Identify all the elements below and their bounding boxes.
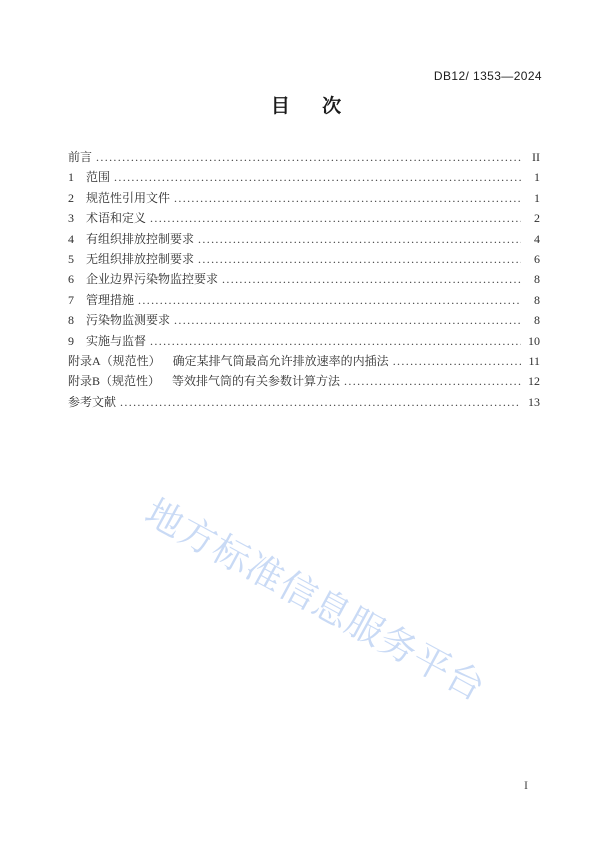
toc-entry-title: 确定某排气筒最高允许排放速率的内插法	[173, 351, 389, 371]
toc-entry-number: 2	[68, 188, 74, 208]
toc-entry-dots: ........................................…	[114, 167, 521, 187]
toc-entry-page: 6	[526, 249, 540, 269]
toc-entry-number: 附录B（规范性）	[68, 371, 160, 391]
toc-entry-title: 参考文献	[68, 392, 116, 412]
toc-entry-number: 6	[68, 269, 74, 289]
toc-entry-dots: ........................................…	[344, 371, 521, 391]
toc-entry-number: 8	[68, 310, 74, 330]
toc-entry-number: 附录A（规范性）	[68, 351, 161, 371]
toc-entry-title: 范围	[86, 167, 110, 187]
toc-row: 附录A（规范性） 确定某排气筒最高允许排放速率的内插法 ............…	[68, 351, 540, 371]
toc-entry-page: II	[526, 147, 540, 167]
toc-entry-dots: ........................................…	[96, 147, 521, 167]
watermark-text: 地方标准信息服务平台	[137, 483, 497, 712]
toc-entry-title: 无组织排放控制要求	[86, 249, 194, 269]
toc-row: 参考文献 ...................................…	[68, 392, 540, 412]
toc-entry-title: 管理措施	[86, 290, 134, 310]
toc-row: 6 企业边界污染物监控要求 ..........................…	[68, 269, 540, 289]
toc-entry-dots: ........................................…	[174, 310, 521, 330]
toc-entry-dots: ........................................…	[222, 269, 521, 289]
toc-entry-page: 8	[526, 310, 540, 330]
toc-entry-number: 4	[68, 229, 74, 249]
toc-entry-number: 9	[68, 331, 74, 351]
toc-entry-title: 企业边界污染物监控要求	[86, 269, 218, 289]
toc-entry-page: 2	[526, 208, 540, 228]
toc-row: 1 范围 ...................................…	[68, 167, 540, 187]
toc-entry-page: 8	[526, 269, 540, 289]
toc-entry-dots: ........................................…	[174, 188, 521, 208]
toc-entry-number: 5	[68, 249, 74, 269]
toc-entry-page: 13	[526, 392, 540, 412]
toc-entry-number: 3	[68, 208, 74, 228]
toc-row: 2 规范性引用文件 ..............................…	[68, 188, 540, 208]
toc-list: 前言 .....................................…	[68, 147, 540, 412]
toc-entry-dots: ........................................…	[198, 249, 521, 269]
toc-entry-dots: ........................................…	[150, 331, 521, 351]
toc-entry-title: 术语和定义	[86, 208, 146, 228]
toc-row: 4 有组织排放控制要求 ............................…	[68, 229, 540, 249]
toc-row: 附录B（规范性） 等效排气筒的有关参数计算方法 ................…	[68, 371, 540, 391]
toc-row: 前言 .....................................…	[68, 147, 540, 167]
toc-entry-page: 4	[526, 229, 540, 249]
toc-entry-page: 8	[526, 290, 540, 310]
toc-entry-title: 污染物监测要求	[86, 310, 170, 330]
footer-page-number: I	[524, 777, 528, 793]
toc-entry-title: 前言	[68, 147, 92, 167]
toc-entry-title: 等效排气筒的有关参数计算方法	[172, 371, 340, 391]
page-title: 目次	[239, 93, 374, 120]
toc-entry-page: 10	[526, 331, 540, 351]
toc-entry-dots: ........................................…	[120, 392, 521, 412]
toc-row: 5 无组织排放控制要求 ............................…	[68, 249, 540, 269]
toc-entry-dots: ........................................…	[150, 208, 521, 228]
toc-entry-page: 1	[526, 167, 540, 187]
toc-entry-number: 1	[68, 167, 74, 187]
toc-entry-dots: ........................................…	[138, 290, 521, 310]
toc-entry-title: 有组织排放控制要求	[86, 229, 194, 249]
toc-entry-dots: ........................................…	[393, 351, 521, 371]
toc-row: 3 术语和定义 ................................…	[68, 208, 540, 228]
toc-entry-number: 7	[68, 290, 74, 310]
standard-code: DB12/ 1353—2024	[434, 69, 542, 83]
document-page: DB12/ 1353—2024 目次 前言 ..................…	[0, 0, 600, 848]
toc-entry-page: 1	[526, 188, 540, 208]
toc-row: 9 实施与监督 ................................…	[68, 331, 540, 351]
toc-entry-page: 11	[526, 351, 540, 371]
toc-entry-dots: ........................................…	[198, 229, 521, 249]
toc-entry-page: 12	[526, 371, 540, 391]
toc-entry-title: 规范性引用文件	[86, 188, 170, 208]
toc-row: 7 管理措施 .................................…	[68, 290, 540, 310]
toc-row: 8 污染物监测要求 ..............................…	[68, 310, 540, 330]
toc-entry-title: 实施与监督	[86, 331, 146, 351]
